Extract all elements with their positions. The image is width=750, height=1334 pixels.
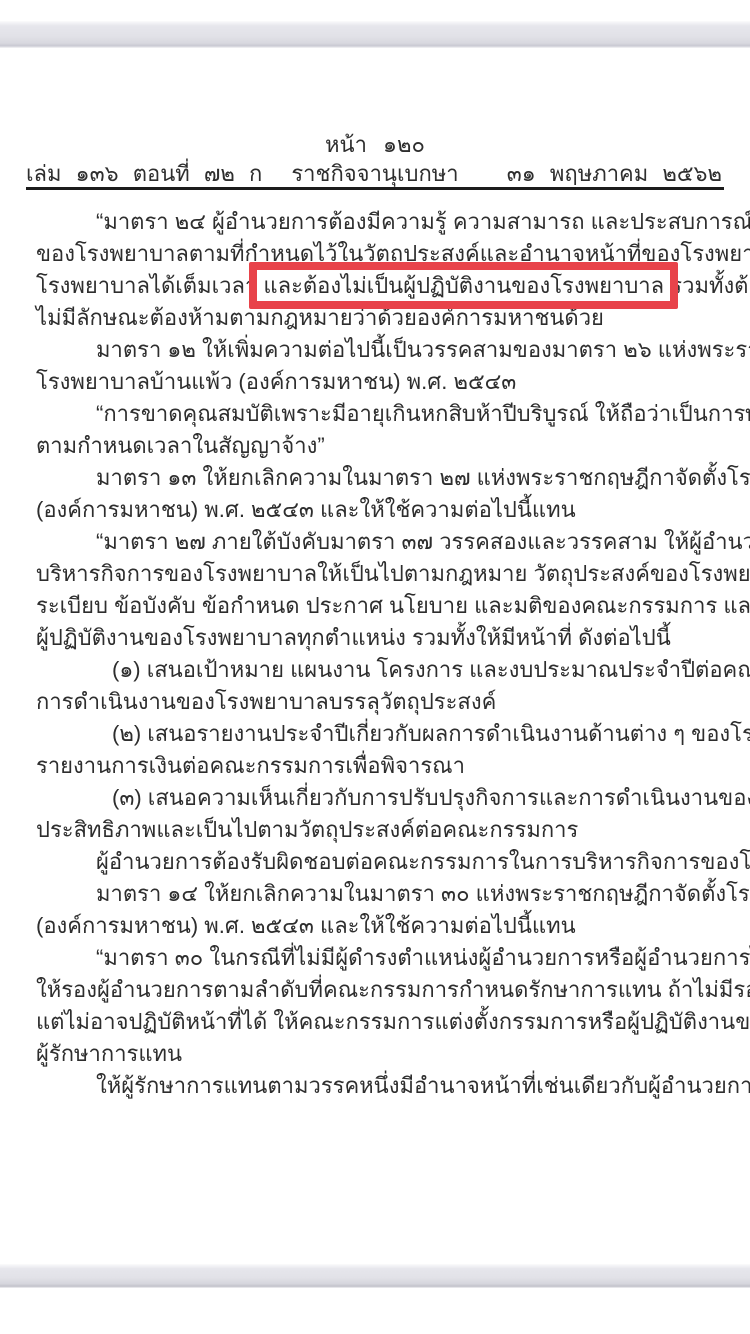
publish-date: ๓๑ พฤษภาคม ๒๕๖๒ [507, 160, 722, 188]
text-line: ผู้อำนวยการต้องรับผิดชอบต่อคณะกรรมการในก… [36, 846, 714, 878]
text-line: ระเบียบ ข้อบังคับ ข้อกำหนด ประกาศ นโยบาย… [36, 590, 714, 622]
text-line: (๑) เสนอเป้าหมาย แผนงาน โครงการ และงบประ… [36, 654, 714, 686]
text-line: โรงพยาบาลบ้านแพ้ว (องค์การมหาชน) พ.ศ. ๒๕… [36, 366, 714, 398]
header-rule [26, 187, 724, 190]
text-line: (องค์การมหาชน) พ.ศ. ๒๕๔๓ และให้ใช้ความต่… [36, 910, 714, 942]
text-segment: โรงพยาบาลได้เต็มเวลา [36, 273, 263, 298]
text-line: ของโรงพยาบาลตามที่กำหนดไว้ในวัตถุประสงค์… [36, 238, 714, 270]
text-line: ให้ผู้รักษาการแทนตามวรรคหนึ่งมีอำนาจหน้า… [36, 1070, 714, 1102]
text-line: แต่ไม่อาจปฏิบัติหน้าที่ได้ ให้คณะกรรมการ… [36, 1006, 714, 1038]
highlighted-phrase: และต้องไม่เป็นผู้ปฏิบัติงานของโรงพยาบาล [263, 273, 664, 298]
text-line: ไม่มีลักษณะต้องห้ามตามกฎหมายว่าด้วยองค์ก… [36, 302, 714, 334]
text-line: (๒) เสนอรายงานประจำปีเกี่ยวกับผลการดำเนิ… [36, 718, 714, 750]
text-line: ผู้รักษาการแทน [36, 1038, 714, 1070]
text-line: โรงพยาบาลได้เต็มเวลา และต้องไม่เป็นผู้ปฏ… [36, 270, 714, 302]
text-line: การดำเนินงานของโรงพยาบาลบรรลุวัตถุประสงค… [36, 686, 714, 718]
text-line: “การขาดคุณสมบัติเพราะมีอายุเกินหกสิบห้าป… [36, 398, 714, 430]
document-body: “มาตรา ๒๔ ผู้อำนวยการต้องมีความรู้ ความส… [36, 206, 714, 1102]
text-segment: รวมทั้งต้องมีคุณสมบัติและ [664, 273, 750, 298]
text-line: “มาตรา ๓๐ ในกรณีที่ไม่มีผู้ดำรงตำแหน่งผู… [36, 942, 714, 974]
text-line: “มาตรา ๒๗ ภายใต้บังคับมาตรา ๓๗ วรรคสองแล… [36, 526, 714, 558]
page-separator-bottom [0, 1264, 750, 1288]
page-number-label: หน้า ๑๒๐ [0, 131, 750, 159]
text-line: (องค์การมหาชน) พ.ศ. ๒๕๔๓ และให้ใช้ความต่… [36, 494, 714, 526]
text-line: (๓) เสนอความเห็นเกี่ยวกับการปรับปรุงกิจก… [36, 782, 714, 814]
text-line: ตามกำหนดเวลาในสัญญาจ้าง” [36, 430, 714, 462]
text-line: มาตรา ๑๒ ให้เพิ่มความต่อไปนี้เป็นวรรคสาม… [36, 334, 714, 366]
text-line: มาตรา ๑๔ ให้ยกเลิกความในมาตรา ๓๐ แห่งพระ… [36, 878, 714, 910]
text-line: ผู้ปฏิบัติงานของโรงพยาบาลทุกตำแหน่ง รวมท… [36, 622, 714, 654]
page: หน้า ๑๒๐ เล่ม ๑๓๖ ตอนที่ ๗๒ ก ราชกิจจานุ… [0, 0, 750, 1334]
page-header: เล่ม ๑๓๖ ตอนที่ ๗๒ ก ราชกิจจานุเบกษา ๓๑ … [26, 160, 724, 188]
text-line: บริหารกิจการของโรงพยาบาลให้เป็นไปตามกฎหม… [36, 558, 714, 590]
text-line: ให้รองผู้อำนวยการตามลำดับที่คณะกรรมการกำ… [36, 974, 714, 1006]
text-line: รายงานการเงินต่อคณะกรรมการเพื่อพิจารณา [36, 750, 714, 782]
text-line: “มาตรา ๒๔ ผู้อำนวยการต้องมีความรู้ ความส… [36, 206, 714, 238]
text-line: ประสิทธิภาพและเป็นไปตามวัตถุประสงค์ต่อคณ… [36, 814, 714, 846]
page-separator-top [0, 21, 750, 48]
text-line: มาตรา ๑๓ ให้ยกเลิกความในมาตรา ๒๗ แห่งพระ… [36, 462, 714, 494]
